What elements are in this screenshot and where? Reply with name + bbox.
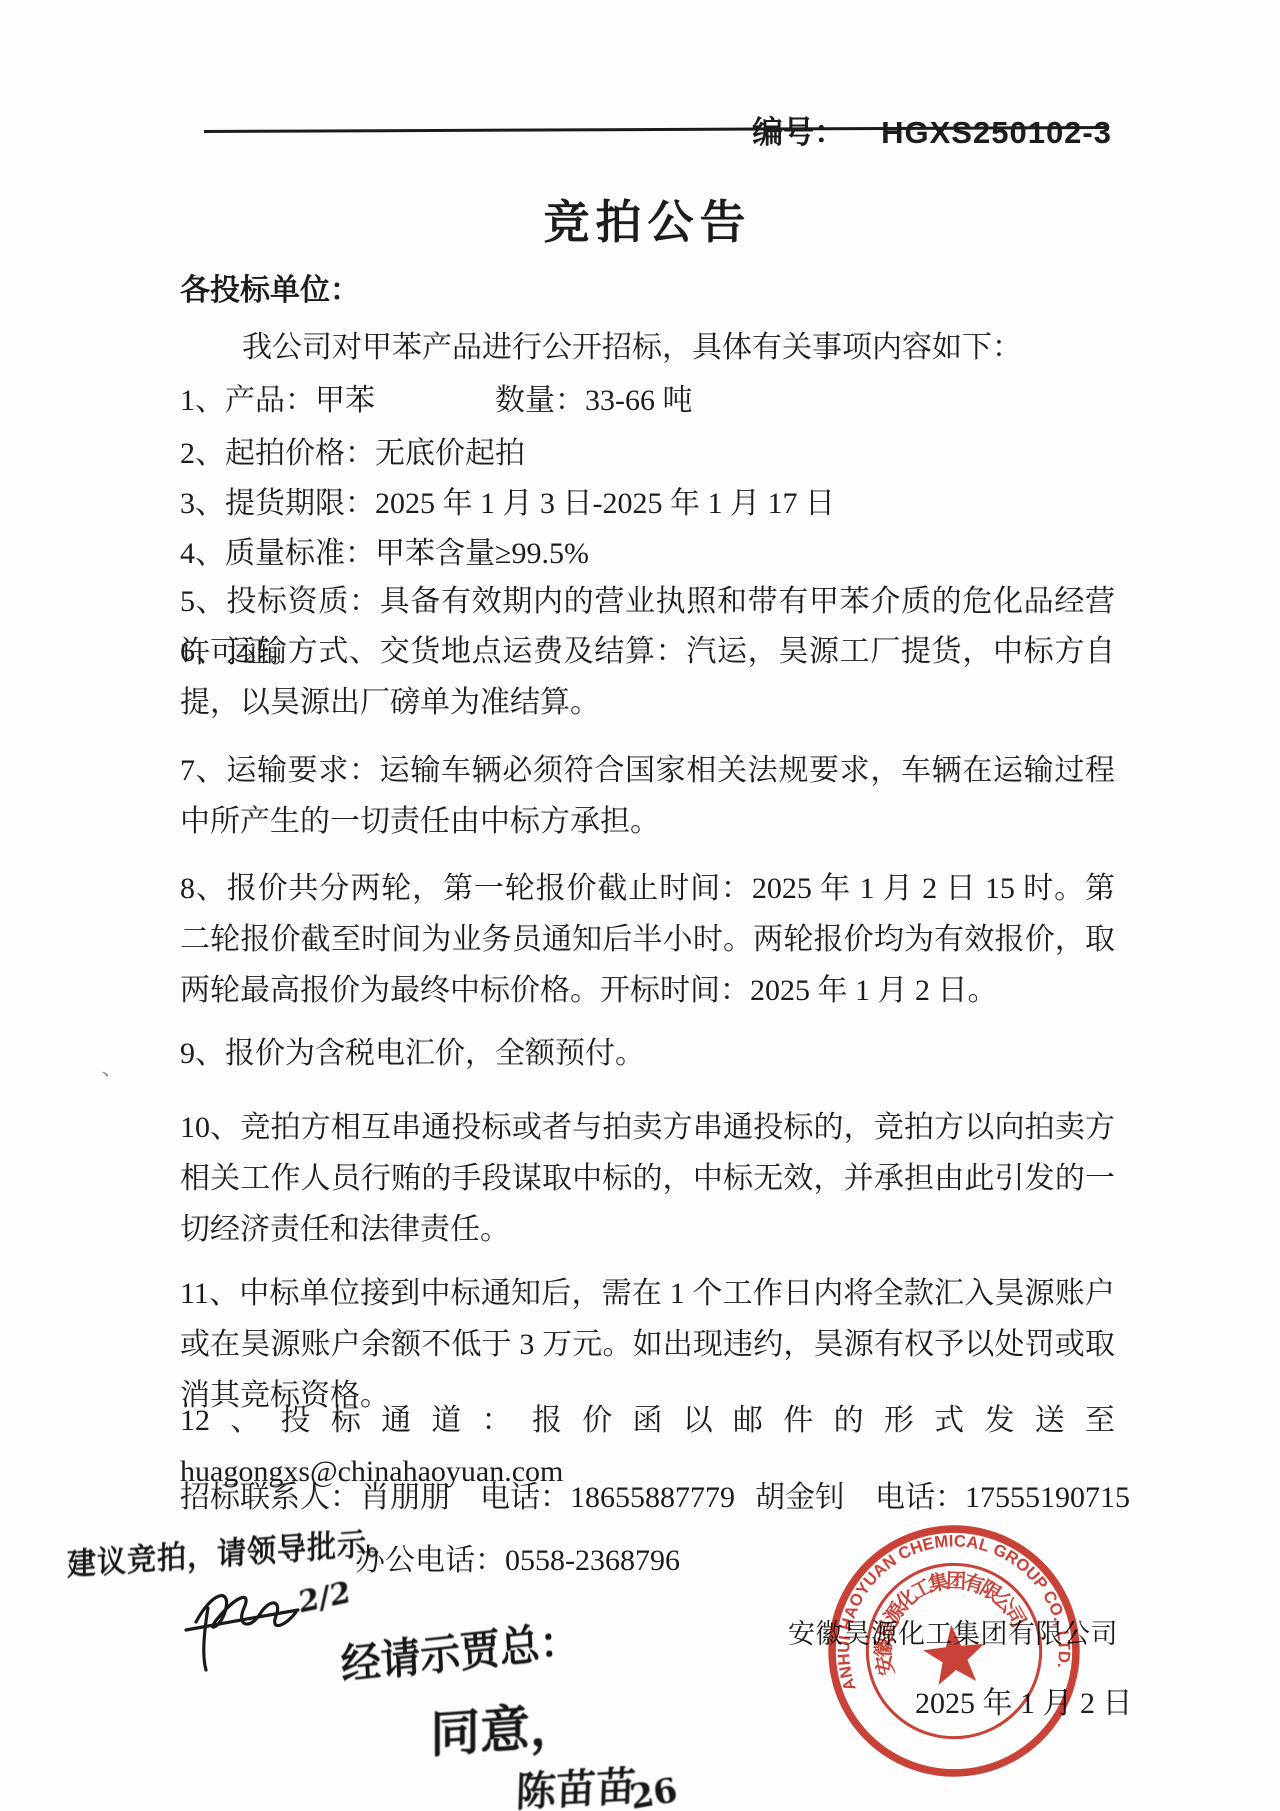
handwritten-approval-note: 同意， — [430, 1685, 580, 1768]
handwritten-approver-signature: 陈苗苗 — [515, 1755, 637, 1811]
stray-ink-mark: 、 — [97, 1048, 124, 1082]
company-seal: ANHUI HAOYUAN CHEMICAL GROUP CO., LTD. 安… — [810, 1507, 1098, 1795]
signature-scribble — [178, 1574, 348, 1674]
announcement-item-4: 4、质量标准：甲苯含量≥99.5% — [180, 528, 1115, 579]
contact-row: 招标联系人：肖朋朋 电话：18655887779胡金钊 电话：175551907… — [180, 1472, 1115, 1523]
contact-primary: 招标联系人：肖朋朋 电话：18655887779 — [180, 1481, 735, 1514]
handwritten-consult-note: 经请示贾总： — [339, 1607, 580, 1692]
intro-paragraph: 我公司对甲苯产品进行公开招标，具体有关事项内容如下： — [180, 322, 1115, 373]
salutation: 各投标单位： — [180, 265, 1115, 316]
document-number-label: 编号： — [752, 115, 845, 150]
document-number-value: HGXS250102-3 — [881, 115, 1112, 150]
handwritten-approval-date: 26 — [627, 1770, 681, 1811]
announcement-item-7: 7、运输要求：运输车辆必须符合国家相关法规要求，车辆在运输过程中所产生的一切责任… — [180, 745, 1115, 847]
announcement-item-9: 9、报价为含税电汇价，全额预付。 — [180, 1028, 1115, 1079]
announcement-item-10: 10、竞拍方相互串通投标或者与拍卖方串通投标的，竞拍方以向拍卖方相关工作人员行贿… — [180, 1102, 1115, 1255]
scanned-auction-announcement: 编号：HGXS250102-3 竞拍公告 各投标单位： 我公司对甲苯产品进行公开… — [0, 0, 1280, 1811]
contact-secondary: 胡金钊 电话：17555190715 — [755, 1472, 1130, 1523]
announcement-item-1: 1、产品：甲苯 数量：33-66 吨 — [180, 375, 1115, 426]
announcement-item-2: 2、起拍价格：无底价起拍 — [180, 428, 1115, 479]
page-title: 竞拍公告 — [180, 186, 1115, 252]
announcement-item-8: 8、报价共分两轮，第一轮报价截止时间：2025 年 1 月 2 日 15 时。第… — [180, 863, 1115, 1016]
seal-star-icon — [921, 1622, 988, 1686]
announcement-item-6: 6、运输方式、交货地点运费及结算：汽运，昊源工厂提货，中标方自提，以昊源出厂磅单… — [180, 626, 1115, 728]
announcement-item-3: 3、提货期限：2025 年 1 月 3 日-2025 年 1 月 17 日 — [180, 478, 1115, 529]
